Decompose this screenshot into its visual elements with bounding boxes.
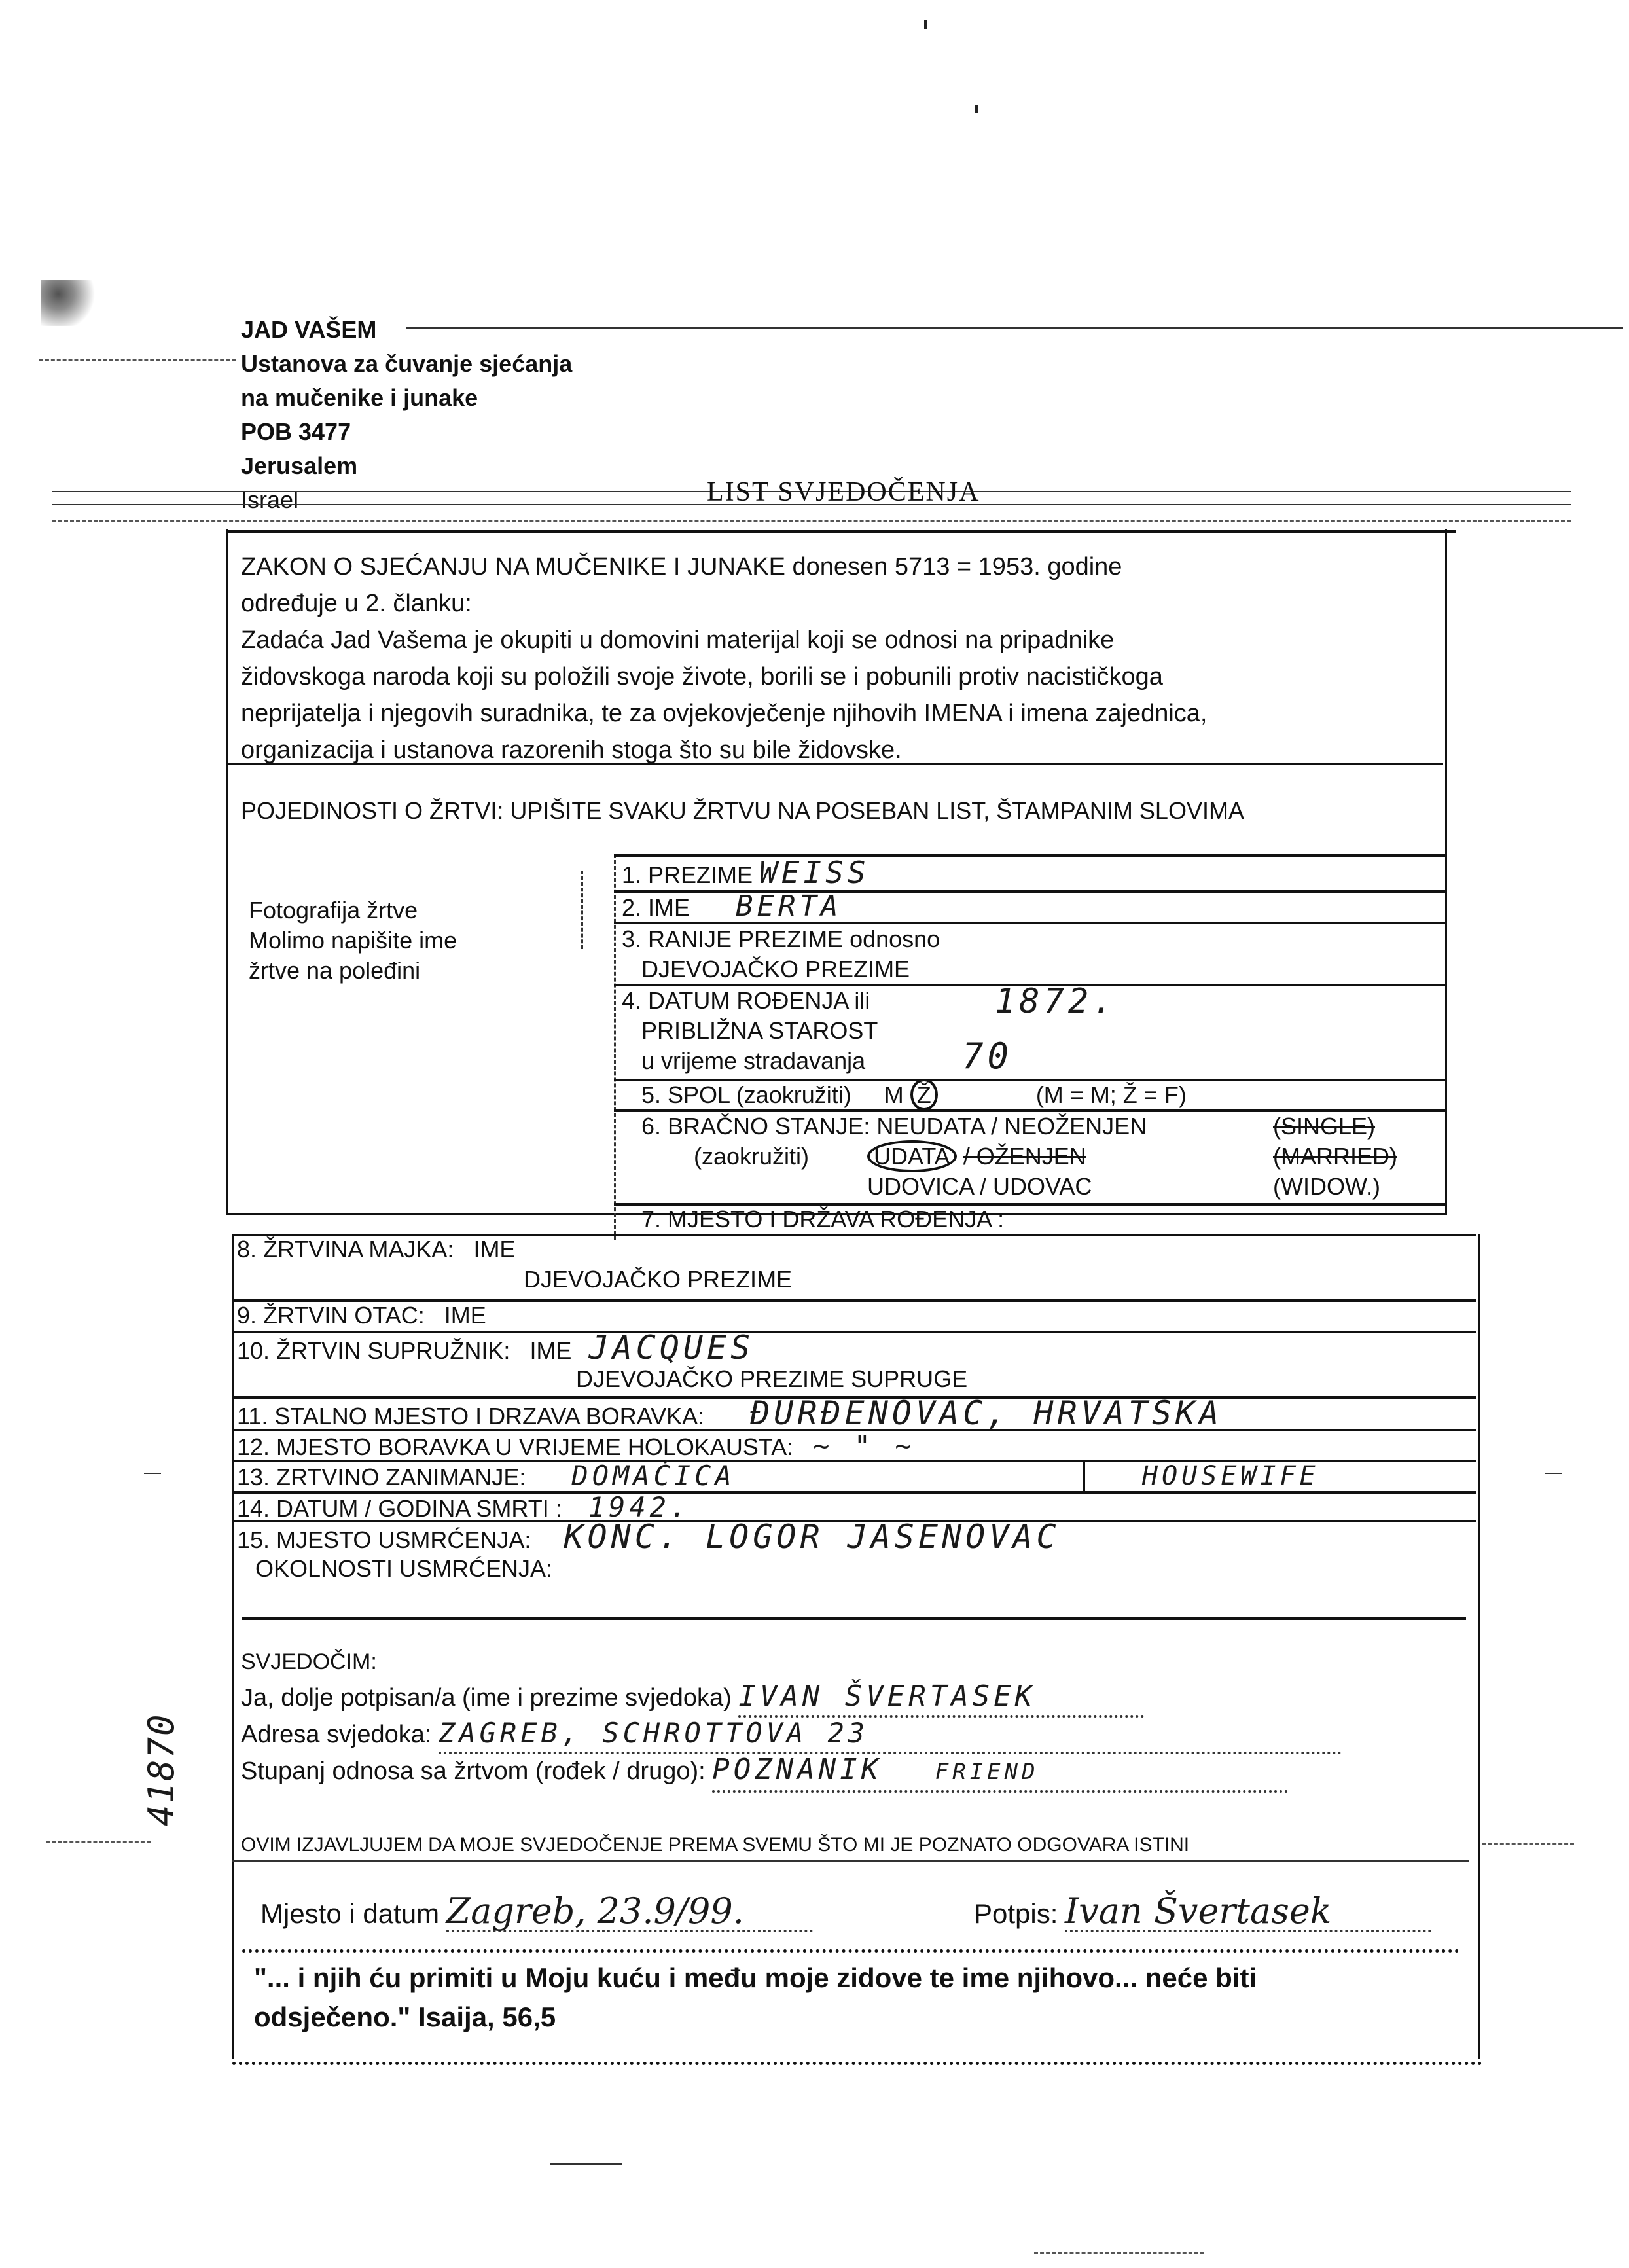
field-first-name-value: BERTA (736, 890, 842, 923)
witness-name-field[interactable]: Ja, dolje potpisan/a (ime i prezime svje… (241, 1678, 1445, 1718)
signature-rule (242, 1949, 1459, 1953)
occupation-value: DOMAĆICA (571, 1460, 735, 1492)
field-rule (614, 854, 1445, 857)
occupation-value-en: HOUSEWIFE (1142, 1461, 1319, 1491)
scan-noise-blotch (41, 280, 99, 326)
mother-name-label: IME (473, 1236, 515, 1263)
org-pob: POB 3477 (241, 415, 572, 449)
field-spouse[interactable]: 10. ŽRTVIN SUPRUŽNIK: IME JACQUES (237, 1333, 754, 1366)
header-rule (39, 359, 236, 361)
field-maiden-name-label: 3. RANIJE PREZIME odnosno (622, 924, 940, 954)
field-age-label: PRIBLIŽNA STAROST (622, 1016, 878, 1046)
witness-relation-value-en: FRIEND (935, 1759, 1039, 1785)
field-death-place[interactable]: 15. MJESTO USMRĆENJA: KONC. LOGOR JASENO… (237, 1522, 1060, 1555)
quote-line1: "... i njih ću primiti u Moju kuću i međ… (254, 1958, 1257, 1998)
scan-mark (1034, 2252, 1204, 2254)
field-first-name-label: 2. IME (622, 894, 690, 921)
box-top-rule (226, 530, 1456, 533)
field-maiden-name[interactable]: 3. RANIJE PREZIME odnosno DJEVOJAČKO PRE… (622, 924, 940, 984)
field-occupation[interactable]: 13. ZRTVINO ZANIMANJE: DOMAĆICA (237, 1461, 736, 1492)
witness-name-value: IVAN ŠVERTASEK (738, 1678, 1144, 1718)
marital-option-married[interactable]: UDATA / OŽENJEN (867, 1142, 1086, 1172)
marital-option-single[interactable]: NEUDATA / NEOŽENJEN (876, 1113, 1147, 1140)
law-paragraph-2: židovskoga naroda koji su položili svoje… (241, 658, 1439, 695)
marital-single-en: (SINGLE) (1273, 1111, 1375, 1142)
field-surname-value: WEISS (759, 855, 869, 890)
field-rule (242, 1617, 1466, 1620)
scan-speck (924, 20, 927, 29)
witness-declaration: OVIM IZJAVLJUJEM DA MOJE SVJEDOČENJE PRE… (241, 1834, 1189, 1856)
field-sex[interactable]: 5. SPOL (zaokružiti) M Ž (M = M; Ž = F) (641, 1080, 1427, 1110)
occupation-label: 13. ZRTVINO ZANIMANJE: (237, 1464, 526, 1490)
sex-option-m[interactable]: M (884, 1081, 904, 1108)
father-label: 9. ŽRTVIN OTAC: (237, 1302, 425, 1329)
residence-label: 11. STALNO MJESTO I DRZAVA BORAVKA: (237, 1403, 704, 1430)
witness-address-label: Adresa svjedoka: (241, 1721, 432, 1748)
org-country: Israel (241, 483, 572, 517)
isaiah-quote: "... i njih ću primiti u Moju kuću i međ… (254, 1958, 1257, 2037)
death-place-label: 15. MJESTO USMRĆENJA: (237, 1526, 531, 1553)
field-surname[interactable]: 1. PREZIME WEISS (622, 857, 870, 890)
signature-value: Ivan Švertasek (1065, 1893, 1431, 1932)
marital-label: 6. BRAČNO STANJE: (641, 1113, 870, 1140)
signature-field[interactable]: Potpis: Ivan Švertasek (974, 1893, 1431, 1934)
witness-address-field[interactable]: Adresa svjedoka: ZAGREB, SCHROTTOVA 23 (241, 1715, 1342, 1754)
declaration-rule (232, 1860, 1469, 1862)
photo-note-line: Fotografija žrtve (249, 895, 457, 926)
field-residence[interactable]: 11. STALNO MJESTO I DRZAVA BORAVKA: ĐURĐ… (237, 1398, 1474, 1431)
photo-box-border (581, 871, 583, 949)
marital-sublabel: (zaokružiti) (694, 1142, 809, 1172)
field-marital-status[interactable]: 6. BRAČNO STANJE: NEUDATA / NEOŽENJEN (641, 1111, 1147, 1142)
holocaust-residence-value: ~ " ~ (813, 1430, 915, 1462)
field-birth-date[interactable]: 4. DATUM ROĐENJA ili PRIBLIŽNA STAROST u… (622, 986, 878, 1076)
margin-archive-number: 41870 (141, 1713, 182, 1826)
field-sex-label: 5. SPOL (zaokružiti) (641, 1081, 851, 1108)
marital-married-en: (MARRIED) (1273, 1142, 1397, 1172)
field-first-name[interactable]: 2. IME BERTA (622, 891, 842, 923)
signature-label: Potpis: (974, 1898, 1058, 1929)
box-bottom-rule (232, 2062, 1482, 2065)
field-maiden-name-label2: DJEVOJAČKO PREZIME (622, 954, 940, 984)
scan-mark (144, 1473, 161, 1474)
marital-option-widow[interactable]: UDOVICA / UDOVAC (867, 1172, 1092, 1202)
field-birthplace[interactable]: 7. MJESTO I DRŽAVA ROĐENJA : (641, 1204, 1004, 1234)
witness-heading: SVJEDOČIM: (241, 1649, 377, 1675)
org-name: JAD VAŠEM (241, 313, 572, 347)
field-father[interactable]: 9. ŽRTVIN OTAC: IME (237, 1301, 486, 1331)
marital-option-married-circled[interactable]: UDATA (867, 1140, 957, 1172)
org-line1: Ustanova za čuvanje sjećanja (241, 347, 572, 381)
law-paragraph-3: neprijatelja i njegovih suradnika, te za… (241, 695, 1439, 732)
field-mother[interactable]: 8. ŽRTVINA MAJKA: IME (237, 1234, 515, 1265)
org-header: JAD VAŠEM Ustanova za čuvanje sjećanja n… (241, 313, 572, 517)
law-line1: ZAKON O SJEĆANJU NA MUČENIKE I JUNAKE do… (241, 549, 1439, 585)
spouse-label: 10. ŽRTVIN SUPRUŽNIK: (237, 1337, 510, 1364)
place-date-value: Zagreb, 23.9/99. (446, 1893, 813, 1932)
quote-line2: odsječeno." Isaija, 56,5 (254, 1998, 1257, 2037)
org-city: Jerusalem (241, 449, 572, 483)
law-bottom-rule (226, 763, 1443, 765)
photo-note-line: Molimo napišite ime (249, 926, 457, 956)
field-birth-label: 4. DATUM ROĐENJA ili (622, 986, 878, 1016)
place-date-label: Mjesto i datum (260, 1898, 439, 1929)
photo-note-line: žrtve na poleđini (249, 956, 457, 986)
marital-option-married-male: / OŽENJEN (963, 1143, 1086, 1170)
father-name-label: IME (444, 1302, 486, 1329)
field-holocaust-residence[interactable]: 12. MJESTO BORAVKA U VRIJEME HOLOKAUSTA:… (237, 1431, 916, 1462)
death-place-value: KONC. LOGOR JASENOVAC (564, 1518, 1060, 1556)
scan-mark (1482, 1843, 1574, 1845)
victim-section-heading: POJEDINOSTI O ŽRTVI: UPIŠITE SVAKU ŽRTVU… (241, 797, 1244, 825)
header-rule (406, 327, 1623, 329)
fields-left-border (614, 854, 616, 1240)
place-date-field[interactable]: Mjesto i datum Zagreb, 23.9/99. (260, 1893, 813, 1934)
occupation-divider (1083, 1460, 1085, 1491)
sex-option-z-circled[interactable]: Ž (910, 1079, 938, 1111)
spouse-name-value: JACQUES (588, 1329, 754, 1367)
law-text: ZAKON O SJEĆANJU NA MUČENIKE I JUNAKE do… (241, 549, 1439, 768)
org-line2: na mučenike i junake (241, 381, 572, 415)
header-rule (52, 520, 1571, 522)
law-paragraph-1: Zadaća Jad Vašema je okupiti u domovini … (241, 622, 1439, 658)
spouse-name-label: IME (529, 1337, 571, 1364)
marital-widow-en: (WIDOW.) (1273, 1172, 1380, 1202)
spouse-maiden-label: DJEVOJAČKO PREZIME SUPRUGE (576, 1364, 967, 1394)
death-circumstances-label[interactable]: OKOLNOSTI USMRĆENJA: (255, 1554, 552, 1584)
photo-note: Fotografija žrtve Molimo napišite ime žr… (249, 895, 457, 986)
scan-mark (46, 1841, 151, 1843)
death-date-label: 14. DATUM / GODINA SMRTI : (237, 1495, 562, 1522)
law-line2: određuje u 2. članku: (241, 585, 1439, 622)
witness-address-value: ZAGREB, SCHROTTOVA 23 (439, 1715, 1342, 1754)
field-age-label2: u vrijeme stradavanja (622, 1046, 878, 1076)
field-surname-label: 1. PREZIME (622, 861, 753, 888)
witness-relation-field[interactable]: Stupanj odnosa sa žrtvom (rođek / drugo)… (241, 1752, 1288, 1793)
scan-mark (1545, 1473, 1562, 1474)
mother-label: 8. ŽRTVINA MAJKA: (237, 1236, 454, 1263)
witness-relation-value: POZNANIK (712, 1753, 882, 1786)
field-birth-value: 1872. (995, 982, 1117, 1021)
sex-legend: (M = M; Ž = F) (1036, 1081, 1187, 1108)
witness-relation-label: Stupanj odnosa sa žrtvom (rođek / drugo)… (241, 1757, 706, 1785)
field-age-value: 70 (962, 1035, 1012, 1077)
scan-speck (975, 105, 978, 113)
scan-mark (550, 2163, 622, 2165)
residence-value: ĐURĐENOVAC, HRVATSKA (750, 1394, 1223, 1432)
witness-name-label: Ja, dolje potpisan/a (ime i prezime svje… (241, 1684, 732, 1712)
form-title: LIST SVJEDOČENJA (707, 477, 980, 508)
mother-maiden-label: DJEVOJAČKO PREZIME (524, 1265, 792, 1295)
holocaust-residence-label: 12. MJESTO BORAVKA U VRIJEME HOLOKAUSTA: (237, 1433, 793, 1460)
